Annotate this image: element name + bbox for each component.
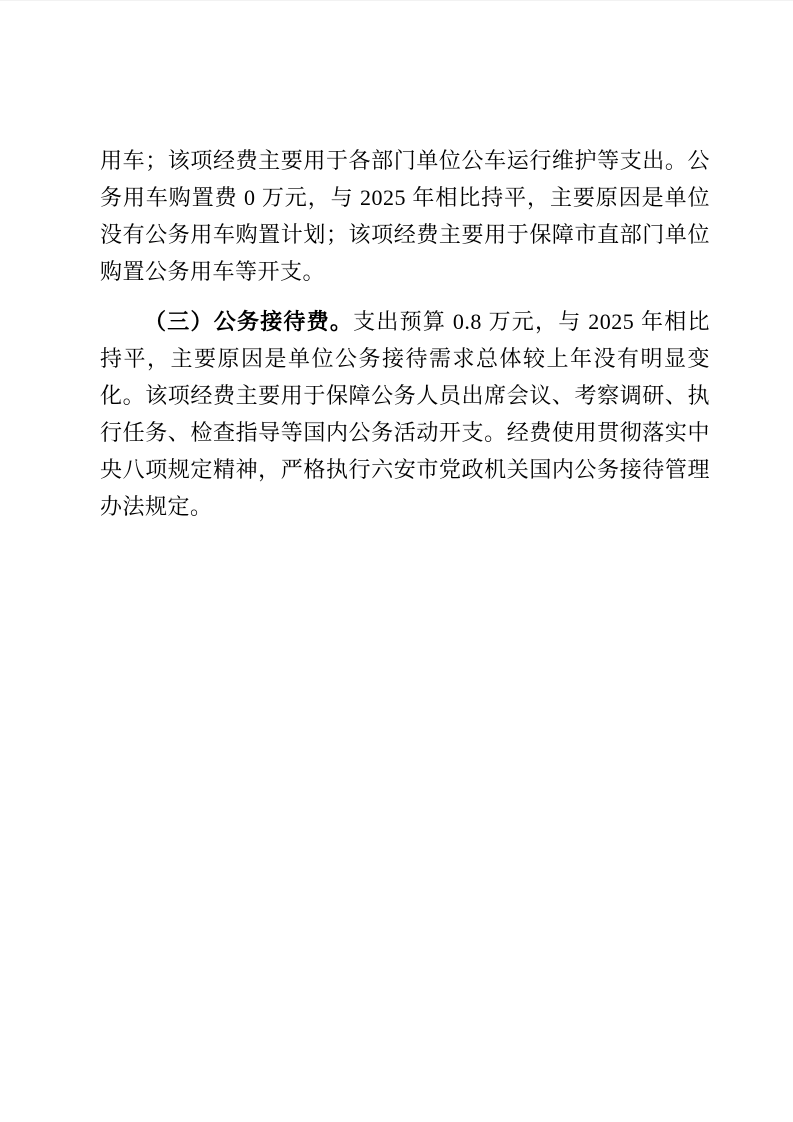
paragraph-lead-bold: （三）公务接待费。 — [144, 309, 353, 334]
paragraph-2: （三）公务接待费。支出预算 0.8 万元，与 2025 年相比持平，主要原因是单… — [100, 303, 710, 525]
document-page: 用车；该项经费主要用于各部门单位公车运行维护等支出。公务用车购置费 0 万元，与… — [0, 0, 793, 1122]
paragraph-text: 用车；该项经费主要用于各部门单位公车运行维护等支出。公务用车购置费 0 万元，与… — [100, 148, 710, 284]
paragraph-text: 支出预算 0.8 万元，与 2025 年相比持平，主要原因是单位公务接待需求总体… — [100, 309, 710, 519]
document-body: 用车；该项经费主要用于各部门单位公车运行维护等支出。公务用车购置费 0 万元，与… — [100, 142, 710, 525]
paragraph-1: 用车；该项经费主要用于各部门单位公车运行维护等支出。公务用车购置费 0 万元，与… — [100, 142, 710, 290]
